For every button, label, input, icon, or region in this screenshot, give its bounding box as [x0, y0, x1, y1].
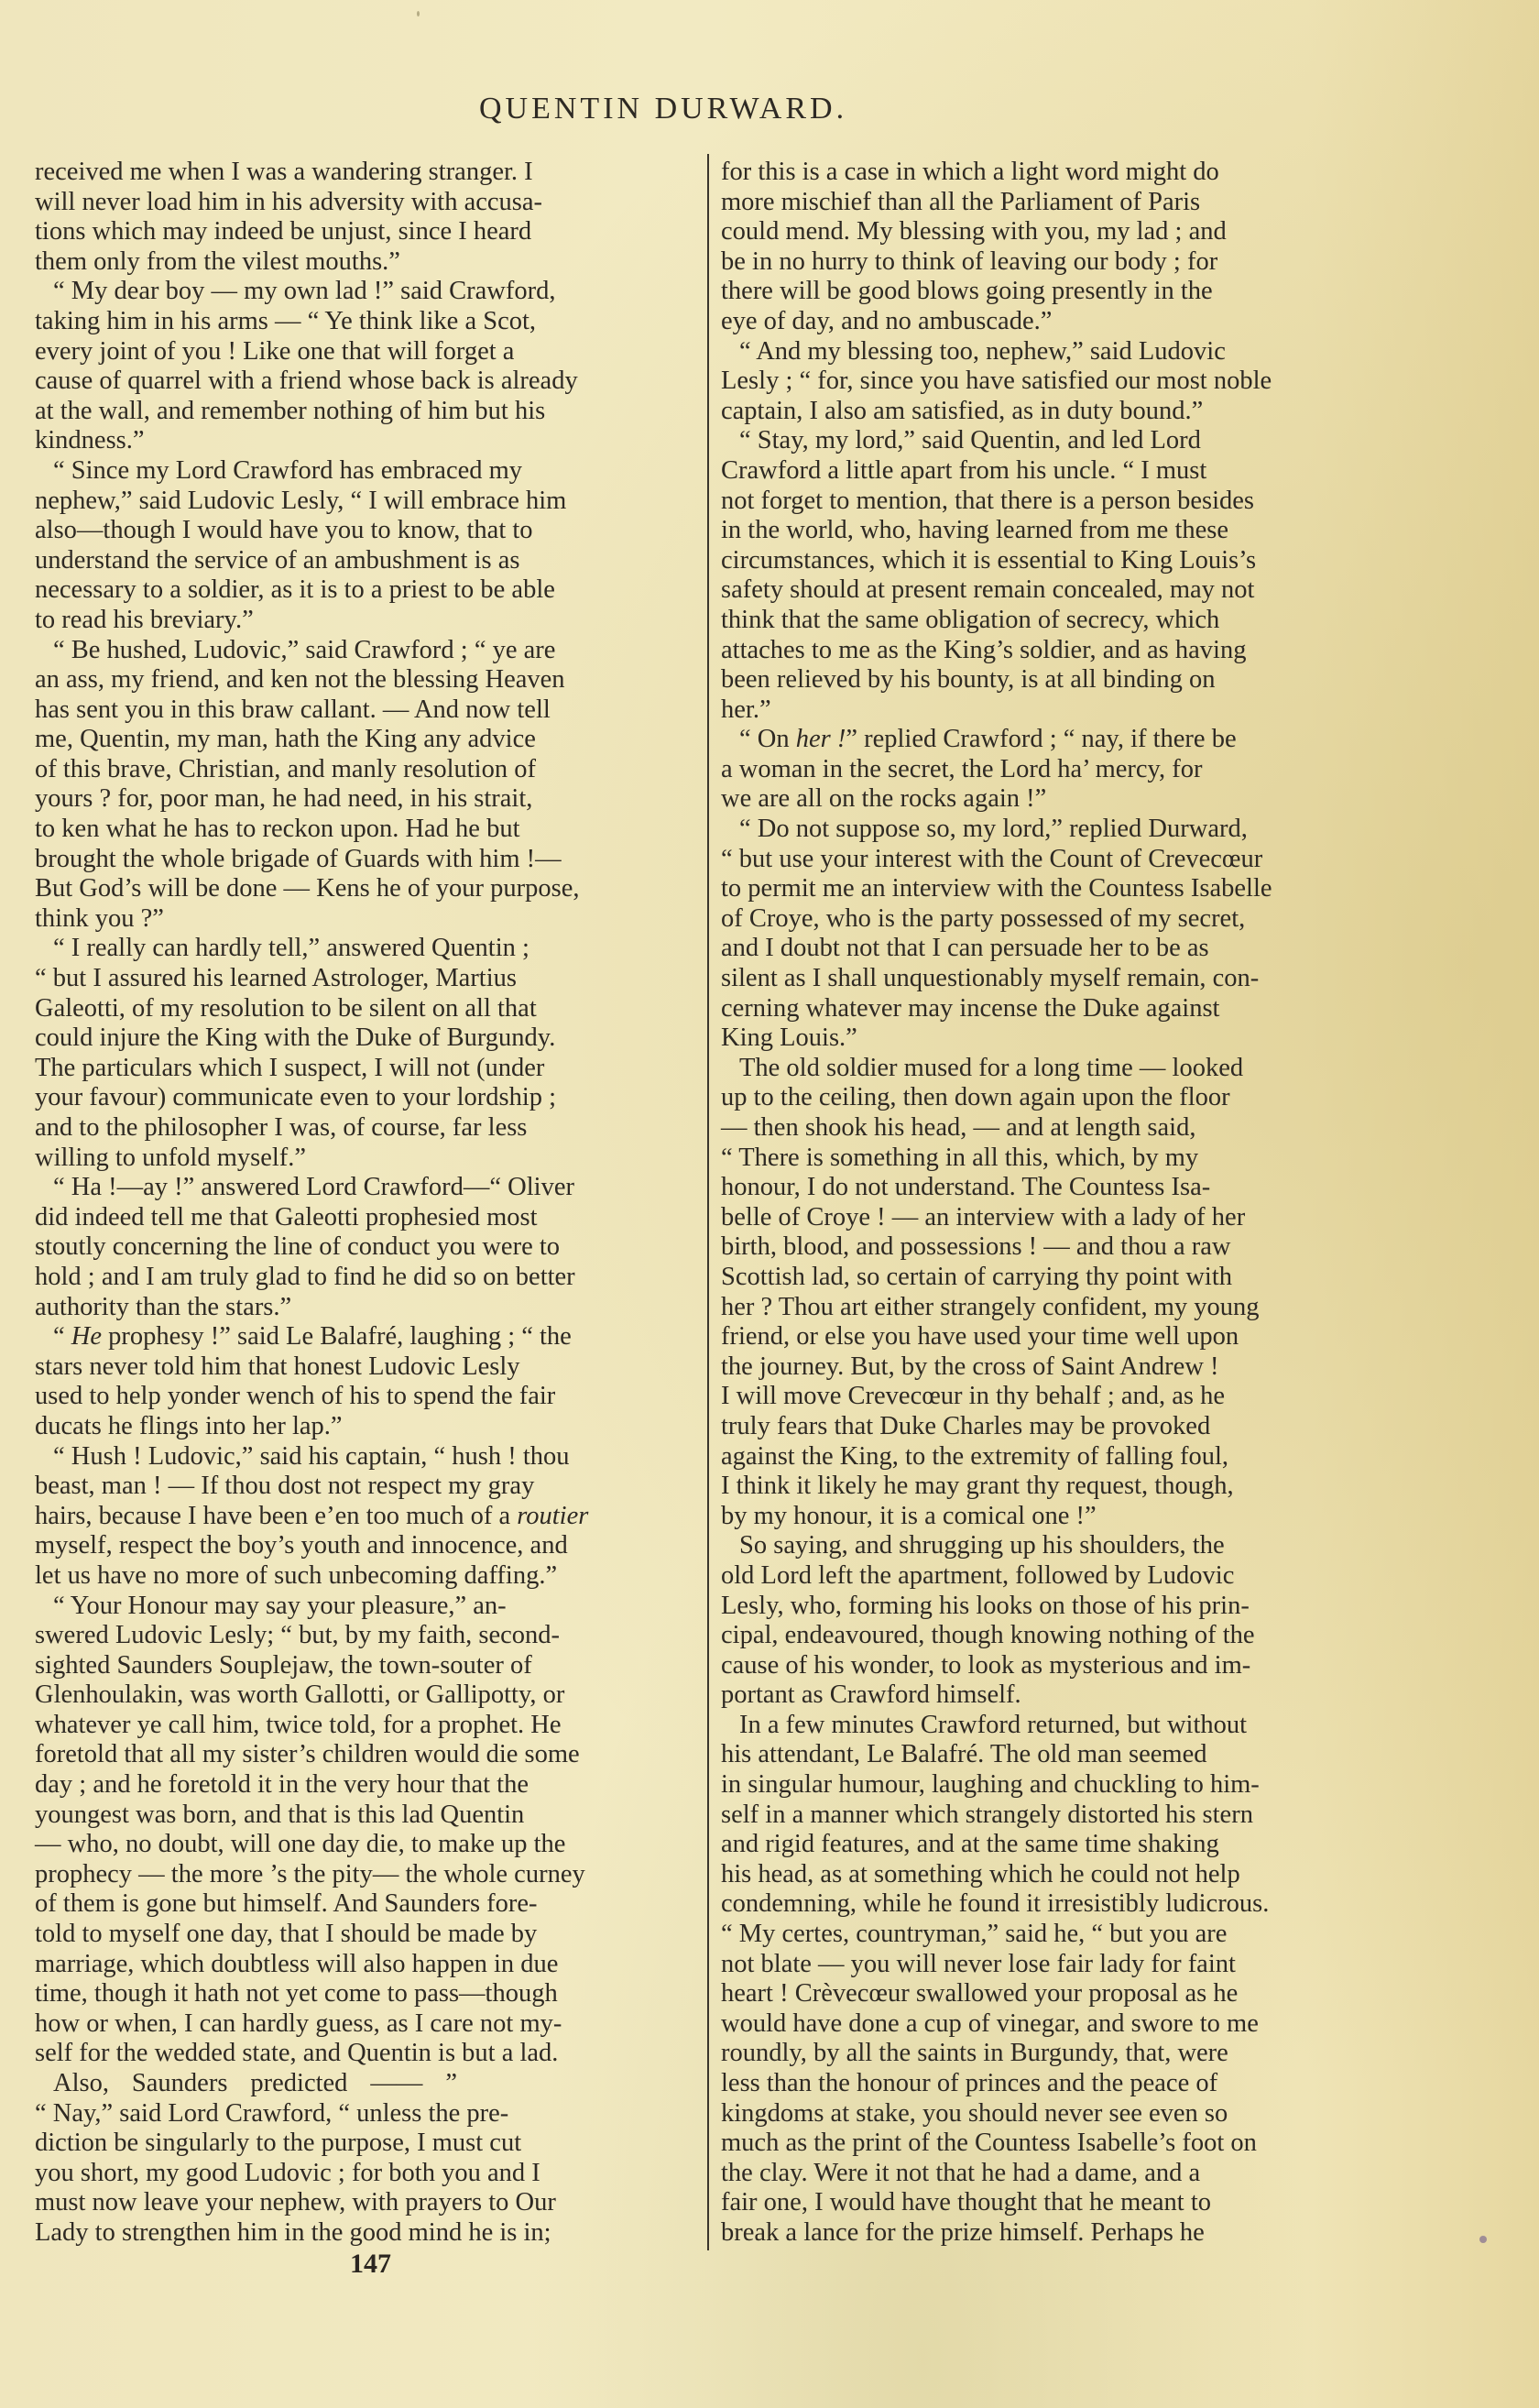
- text-line: not forget to mention, that there is a p…: [721, 487, 1099, 517]
- text-line: cipal, endeavoured, though knowing nothi…: [721, 1621, 1099, 1651]
- text-line: “ Your Honour may say your pleasure,” an…: [35, 1592, 457, 1622]
- text-line: Galeotti, of my resolution to be silent …: [35, 994, 457, 1024]
- text-line: let us have no more of such unbecoming d…: [35, 1561, 457, 1592]
- text-line: “ I really can hardly tell,” answered Qu…: [35, 934, 457, 964]
- text-line: and rigid features, and at the same time…: [721, 1830, 1099, 1860]
- text-line: cause of his wonder, to look as mysterio…: [721, 1651, 1099, 1681]
- text-line: the journey. But, by the cross of Saint …: [721, 1352, 1099, 1383]
- text-line: of Croye, who is the party possessed of …: [721, 904, 1099, 935]
- text-line: more mischief than all the Parliament of…: [721, 188, 1099, 218]
- text-line: been relieved by his bounty, is at all b…: [721, 665, 1099, 695]
- text-line: the clay. Were it not that he had a dame…: [721, 2159, 1099, 2189]
- text-line: sighted Saunders Souplejaw, the town-sou…: [35, 1651, 457, 1681]
- text-line: will never load him in his adversity wit…: [35, 188, 457, 218]
- text-line: “ Hush ! Ludovic,” said his captain, “ h…: [35, 1442, 457, 1472]
- text-line: could injure the King with the Duke of B…: [35, 1023, 457, 1054]
- text-line: self in a manner which strangely distort…: [721, 1801, 1099, 1831]
- text-line: hairs, because I have been e’en too much…: [35, 1502, 457, 1532]
- text-line: told to myself one day, that I should be…: [35, 1920, 457, 1950]
- text-line: think that the same obligation of secrec…: [721, 606, 1099, 636]
- text-line: prophecy — the more ’s the pity— the who…: [35, 1860, 457, 1890]
- text-line: friend, or else you have used your time …: [721, 1322, 1099, 1352]
- text-line: diction be singularly to the purpose, I …: [35, 2129, 457, 2159]
- text-line: every joint of you ! Like one that will …: [35, 337, 457, 367]
- text-line: to permit me an interview with the Count…: [721, 874, 1099, 904]
- text-line: we are all on the rocks again !”: [721, 784, 1099, 815]
- text-line: “ Ha !—ay !” answered Lord Crawford—“ Ol…: [35, 1173, 457, 1203]
- text-line: old Lord left the apartment, followed by…: [721, 1561, 1099, 1592]
- text-line: beast, man ! — If thou dost not respect …: [35, 1472, 457, 1502]
- text-line: portant as Crawford himself.: [721, 1680, 1099, 1711]
- text-line: used to help yonder wench of his to spen…: [35, 1382, 457, 1412]
- text-line: Lesly ; “ for, since you have satisfied …: [721, 367, 1099, 397]
- text-line: understand the service of an ambushment …: [35, 546, 457, 576]
- text-line: me, Quentin, my man, hath the King any a…: [35, 725, 457, 755]
- text-line: also—though I would have you to know, th…: [35, 516, 457, 546]
- text-line: by my honour, it is a comical one !”: [721, 1502, 1099, 1532]
- text-line: attaches to me as the King’s soldier, an…: [721, 636, 1099, 666]
- text-line: birth, blood, and possessions ! — and th…: [721, 1232, 1099, 1263]
- text-line: — who, no doubt, will one day die, to ma…: [35, 1830, 457, 1860]
- text-line: there will be good blows going presently…: [721, 277, 1099, 307]
- text-line: against the King, to the extremity of fa…: [721, 1442, 1099, 1472]
- text-line: eye of day, and no ambuscade.”: [721, 307, 1099, 337]
- text-line: a woman in the secret, the Lord ha’ merc…: [721, 755, 1099, 785]
- column-divider: [707, 154, 709, 2250]
- text-line: did indeed tell me that Galeotti prophes…: [35, 1203, 457, 1233]
- paper-speck: [417, 11, 420, 16]
- text-line: “ Since my Lord Crawford has embraced my: [35, 456, 457, 487]
- text-line: not blate — you will never lose fair lad…: [721, 1950, 1099, 1980]
- text-line: kingdoms at stake, you should never see …: [721, 2099, 1099, 2129]
- text-line: Lady to strengthen him in the good mind …: [35, 2218, 457, 2249]
- text-line: tions which may indeed be unjust, since …: [35, 217, 457, 247]
- text-line: “ He prophesy !” said Le Balafré, laughi…: [35, 1322, 457, 1352]
- text-line: condemning, while he found it irresistib…: [721, 1889, 1099, 1920]
- text-line: roundly, by all the saints in Burgundy, …: [721, 2039, 1099, 2069]
- text-line: to read his breviary.”: [35, 606, 457, 636]
- text-line: marriage, which doubtless will also happ…: [35, 1950, 457, 1980]
- text-line: taking him in his arms — “ Ye think like…: [35, 307, 457, 337]
- text-line: at the wall, and remember nothing of him…: [35, 397, 457, 427]
- text-line: think you ?”: [35, 904, 457, 935]
- text-line: authority than the stars.”: [35, 1293, 457, 1323]
- text-line: brought the whole brigade of Guards with…: [35, 845, 457, 875]
- text-line: But God’s will be done — Kens he of your…: [35, 874, 457, 904]
- text-line: in singular humour, laughing and chuckli…: [721, 1770, 1099, 1801]
- text-line: captain, I also am satisfied, as in duty…: [721, 397, 1099, 427]
- text-line: safety should at present remain conceale…: [721, 575, 1099, 606]
- text-line: “ Be hushed, Ludovic,” said Crawford ; “…: [35, 636, 457, 666]
- text-line: necessary to a soldier, as it is to a pr…: [35, 575, 457, 606]
- text-line: them only from the vilest mouths.”: [35, 247, 457, 278]
- text-line: up to the ceiling, then down again upon …: [721, 1083, 1099, 1113]
- text-line: self for the wedded state, and Quentin i…: [35, 2039, 457, 2069]
- text-line: In a few minutes Crawford returned, but …: [721, 1711, 1099, 1741]
- text-line: “ Nay,” said Lord Crawford, “ unless the…: [35, 2099, 457, 2129]
- text-line: “ And my blessing too, nephew,” said Lud…: [721, 337, 1099, 367]
- text-line: to ken what he has to reckon upon. Had h…: [35, 815, 457, 845]
- text-line: King Louis.”: [721, 1023, 1099, 1054]
- text-line: belle of Croye ! — an interview with a l…: [721, 1203, 1099, 1233]
- text-line: hold ; and I am truly glad to find he di…: [35, 1263, 457, 1293]
- text-line: break a lance for the prize himself. Per…: [721, 2218, 1099, 2249]
- text-line: less than the honour of princes and the …: [721, 2069, 1099, 2099]
- right-column-text: for this is a case in which a light word…: [721, 158, 1099, 2249]
- text-line: an ass, my friend, and ken not the bless…: [35, 665, 457, 695]
- text-line: “ My certes, countryman,” said he, “ but…: [721, 1920, 1099, 1950]
- text-line: “ Stay, my lord,” said Quentin, and led …: [721, 426, 1099, 456]
- text-line: and to the philosopher I was, of course,…: [35, 1113, 457, 1144]
- text-line: would have done a cup of vinegar, and sw…: [721, 2009, 1099, 2040]
- text-line: time, though it hath not yet come to pas…: [35, 1979, 457, 2009]
- text-line: of this brave, Christian, and manly reso…: [35, 755, 457, 785]
- text-line: could mend. My blessing with you, my lad…: [721, 217, 1099, 247]
- text-line: stars never told him that honest Ludovic…: [35, 1352, 457, 1383]
- text-line: kindness.”: [35, 426, 457, 456]
- right-column: for this is a case in which a light word…: [721, 158, 1099, 2249]
- text-line: foretold that all my sister’s children w…: [35, 1740, 457, 1770]
- text-line: and I doubt not that I can persuade her …: [721, 934, 1099, 964]
- text-line: received me when I was a wandering stran…: [35, 158, 457, 188]
- text-line: truly fears that Duke Charles may be pro…: [721, 1412, 1099, 1442]
- text-line: I will move Crevecœur in thy behalf ; an…: [721, 1382, 1099, 1412]
- text-line: yours ? for, poor man, he had need, in h…: [35, 784, 457, 815]
- text-line: her.”: [721, 695, 1099, 726]
- text-line: Crawford a little apart from his uncle. …: [721, 456, 1099, 487]
- running-title: QUENTIN DURWARD.: [479, 92, 847, 126]
- text-line: swered Ludovic Lesly; “ but, by my faith…: [35, 1621, 457, 1651]
- text-line: myself, respect the boy’s youth and inno…: [35, 1531, 457, 1561]
- text-line: be in no hurry to think of leaving our b…: [721, 247, 1099, 278]
- text-line: much as the print of the Countess Isabel…: [721, 2129, 1099, 2159]
- text-line: cerning whatever may incense the Duke ag…: [721, 994, 1099, 1024]
- text-line: “ My dear boy — my own lad !” said Crawf…: [35, 277, 457, 307]
- text-line: Glenhoulakin, was worth Gallotti, or Gal…: [35, 1680, 457, 1711]
- text-line: day ; and he foretold it in the very hou…: [35, 1770, 457, 1801]
- text-line: nephew,” said Ludovic Lesly, “ I will em…: [35, 487, 457, 517]
- text-line: “ There is something in all this, which,…: [721, 1144, 1099, 1174]
- text-line: So saying, and shrugging up his shoulder…: [721, 1531, 1099, 1561]
- text-line: whatever ye call him, twice told, for a …: [35, 1711, 457, 1741]
- text-line: you short, my good Ludovic ; for both yo…: [35, 2159, 457, 2189]
- text-line: silent as I shall unquestionably myself …: [721, 964, 1099, 994]
- text-line: his attendant, Le Balafré. The old man s…: [721, 1740, 1099, 1770]
- text-line: must now leave your nephew, with prayers…: [35, 2188, 457, 2218]
- left-column-text: received me when I was a wandering stran…: [35, 158, 457, 2249]
- text-line: honour, I do not understand. The Countes…: [721, 1173, 1099, 1203]
- text-line: “ On her !” replied Crawford ; “ nay, if…: [721, 725, 1099, 755]
- text-line: how or when, I can hardly guess, as I ca…: [35, 2009, 457, 2040]
- text-line: heart ! Crèvecœur swallowed your proposa…: [721, 1979, 1099, 2009]
- text-line: cause of quarrel with a friend whose bac…: [35, 367, 457, 397]
- text-line: of them is gone but himself. And Saunder…: [35, 1889, 457, 1920]
- left-column: received me when I was a wandering stran…: [35, 158, 457, 2249]
- text-line: your favour) communicate even to your lo…: [35, 1083, 457, 1113]
- text-line: youngest was born, and that is this lad …: [35, 1801, 457, 1831]
- text-line: The particulars which I suspect, I will …: [35, 1054, 457, 1084]
- text-line: stoutly concerning the line of conduct y…: [35, 1232, 457, 1263]
- page-number: 147: [350, 2249, 391, 2280]
- text-line: ducats he flings into her lap.”: [35, 1412, 457, 1442]
- text-line: circumstances, which it is essential to …: [721, 546, 1099, 576]
- text-line: The old soldier mused for a long time — …: [721, 1054, 1099, 1084]
- text-line: I think it likely he may grant thy reque…: [721, 1472, 1099, 1502]
- text-line: Also, Saunders predicted —— ”: [35, 2069, 457, 2099]
- text-line: “ but use your interest with the Count o…: [721, 845, 1099, 875]
- text-line: in the world, who, having learned from m…: [721, 516, 1099, 546]
- text-line: willing to unfold myself.”: [35, 1144, 457, 1174]
- text-line: “ Do not suppose so, my lord,” replied D…: [721, 815, 1099, 845]
- text-line: has sent you in this braw callant. — And…: [35, 695, 457, 726]
- text-line: for this is a case in which a light word…: [721, 158, 1099, 188]
- text-line: — then shook his head, — and at length s…: [721, 1113, 1099, 1144]
- text-line: fair one, I would have thought that he m…: [721, 2188, 1099, 2218]
- paper-speck: [1479, 2236, 1487, 2243]
- text-line: Lesly, who, forming his looks on those o…: [721, 1592, 1099, 1622]
- text-line: “ but I assured his learned Astrologer, …: [35, 964, 457, 994]
- text-line: Scottish lad, so certain of carrying thy…: [721, 1263, 1099, 1293]
- text-line: her ? Thou art either strangely confiden…: [721, 1293, 1099, 1323]
- text-line: his head, as at something which he could…: [721, 1860, 1099, 1890]
